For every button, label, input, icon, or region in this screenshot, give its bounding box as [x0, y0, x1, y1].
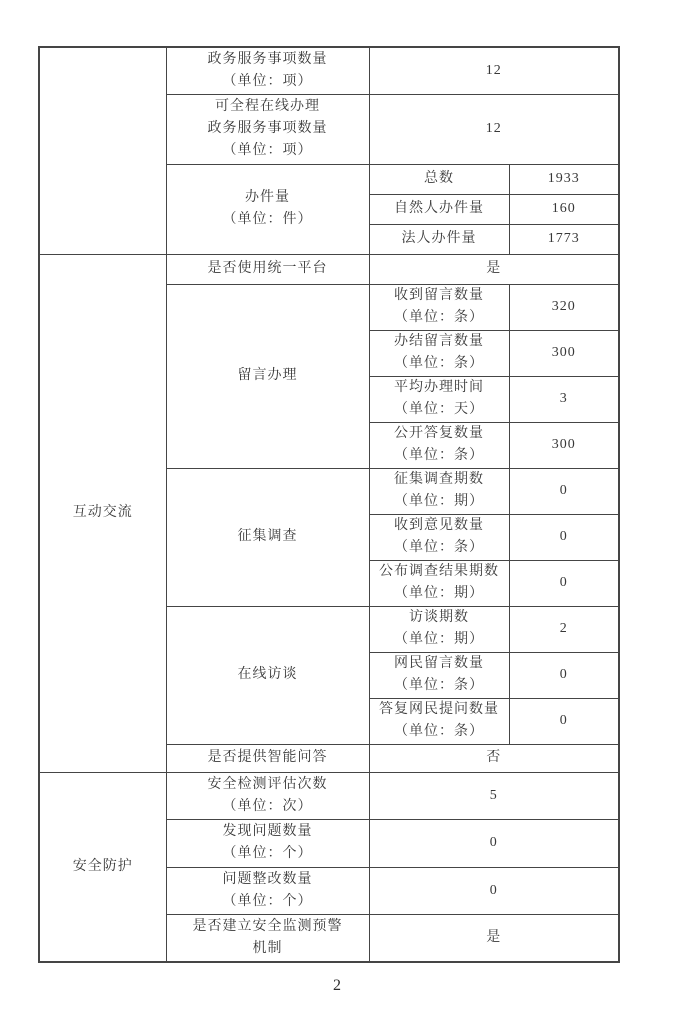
submetric-value-cell: 0	[509, 560, 619, 606]
page-number: 2	[0, 977, 674, 995]
submetric-label-cell: 征集调查期数 （单位：期）	[369, 468, 509, 514]
document-page: 政务服务事项数量 （单位：项） 12 可全程在线办理 政务服务事项数量 （单位：…	[0, 0, 674, 1020]
metric-value-cell: 0	[369, 867, 619, 914]
metric-value-cell: 5	[369, 772, 619, 819]
metric-value-cell: 0	[369, 819, 619, 867]
submetric-value-cell: 3	[509, 376, 619, 422]
submetric-label-cell: 办结留言数量 （单位：条）	[369, 330, 509, 376]
group-label-cell: 在线访谈	[166, 606, 369, 744]
metric-value-cell: 是	[369, 254, 619, 284]
category-cell-interaction: 互动交流	[39, 254, 166, 772]
group-label-cell: 征集调查	[166, 468, 369, 606]
category-cell-security: 安全防护	[39, 772, 166, 962]
metric-label-cell: 问题整改数量 （单位：个）	[166, 867, 369, 914]
submetric-value-cell: 0	[509, 698, 619, 744]
metric-label-cell: 安全检测评估次数 （单位：次）	[166, 772, 369, 819]
metric-value-cell: 否	[369, 744, 619, 772]
submetric-label-cell: 访谈期数 （单位：期）	[369, 606, 509, 652]
category-cell-top	[39, 47, 166, 254]
metric-label-cell: 是否使用统一平台	[166, 254, 369, 284]
submetric-value-cell: 1933	[509, 164, 619, 194]
submetric-value-cell: 2	[509, 606, 619, 652]
submetric-value-cell: 160	[509, 194, 619, 224]
submetric-label-cell: 公布调查结果期数 （单位：期）	[369, 560, 509, 606]
metric-label-cell: 是否建立安全监测预警 机制	[166, 914, 369, 962]
submetric-value-cell: 300	[509, 422, 619, 468]
metric-value-cell: 12	[369, 94, 619, 164]
submetric-value-cell: 0	[509, 652, 619, 698]
submetric-label-cell: 自然人办件量	[369, 194, 509, 224]
submetric-value-cell: 320	[509, 284, 619, 330]
submetric-label-cell: 平均办理时间 （单位：天）	[369, 376, 509, 422]
submetric-label-cell: 答复网民提问数量 （单位：条）	[369, 698, 509, 744]
report-table: 政务服务事项数量 （单位：项） 12 可全程在线办理 政务服务事项数量 （单位：…	[38, 46, 620, 963]
submetric-value-cell: 0	[509, 514, 619, 560]
submetric-value-cell: 0	[509, 468, 619, 514]
metric-value-cell: 是	[369, 914, 619, 962]
metric-label-cell: 发现问题数量 （单位：个）	[166, 819, 369, 867]
metric-value-cell: 12	[369, 47, 619, 94]
group-label-cell: 办件量 （单位：件）	[166, 164, 369, 254]
submetric-label-cell: 网民留言数量 （单位：条）	[369, 652, 509, 698]
metric-label-cell: 政务服务事项数量 （单位：项）	[166, 47, 369, 94]
submetric-label-cell: 收到留言数量 （单位：条）	[369, 284, 509, 330]
group-label-cell: 留言办理	[166, 284, 369, 468]
submetric-label-cell: 公开答复数量 （单位：条）	[369, 422, 509, 468]
metric-label-cell: 可全程在线办理 政务服务事项数量 （单位：项）	[166, 94, 369, 164]
submetric-label-cell: 总数	[369, 164, 509, 194]
metric-label-cell: 是否提供智能问答	[166, 744, 369, 772]
submetric-label-cell: 法人办件量	[369, 224, 509, 254]
submetric-value-cell: 300	[509, 330, 619, 376]
submetric-value-cell: 1773	[509, 224, 619, 254]
submetric-label-cell: 收到意见数量 （单位：条）	[369, 514, 509, 560]
